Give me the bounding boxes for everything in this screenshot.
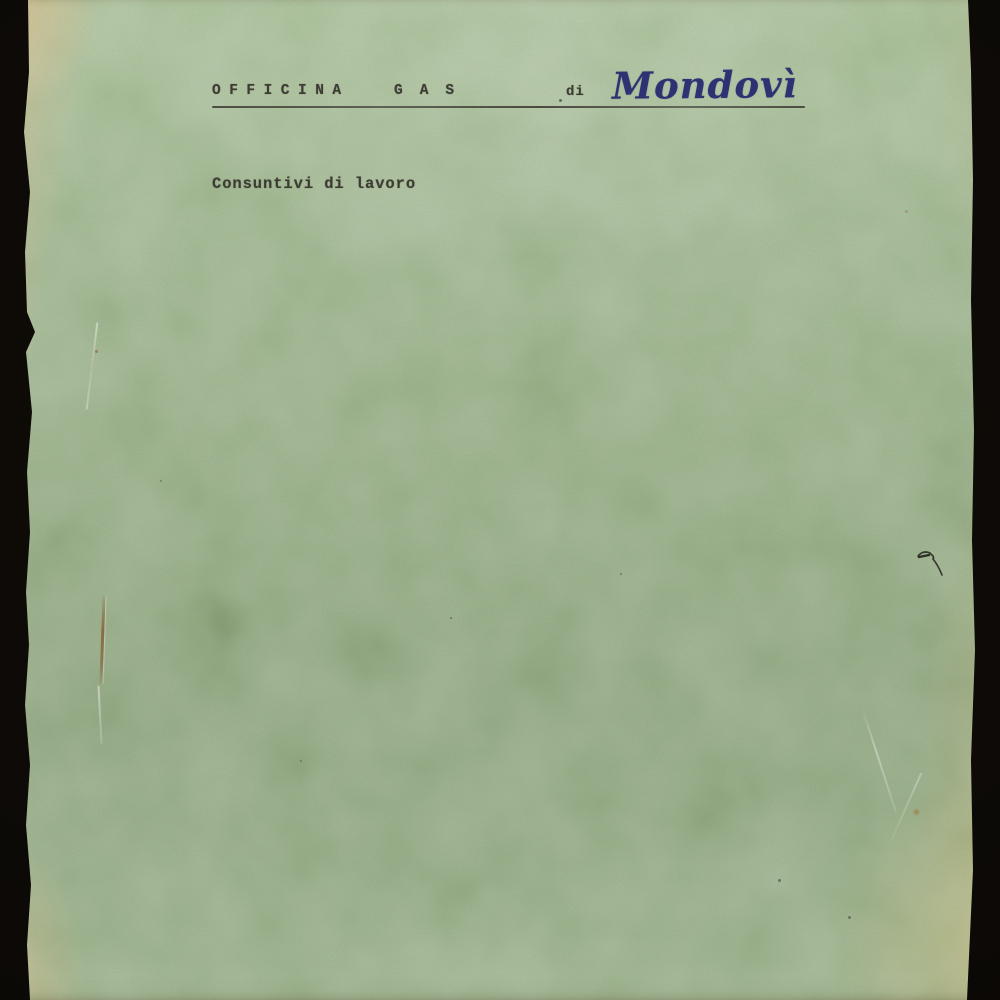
crease-mark-left [86,322,99,410]
paper-speck [450,617,452,619]
paper-speck [620,573,622,575]
typed-word-officina: OFFICINA [212,83,350,99]
crease-mark-bottom-right-1 [861,707,897,812]
crease-mark-bottom-right-2 [890,773,922,842]
paper-speck [95,350,98,353]
ink-fiber-mark [915,548,945,582]
paper-speck [905,210,908,213]
paper-speck [300,760,302,762]
paper-speck [848,916,851,919]
paper-speck [559,99,562,102]
document-cover: OFFICINA GAS di Mondovì Consuntivi di la… [0,0,1000,1000]
typed-word-gas: GAS [394,83,471,99]
paper-speck [160,480,162,482]
city-stamp: Mondovì [612,62,798,108]
photo-background: OFFICINA GAS di Mondovì Consuntivi di la… [0,0,1000,1000]
subtitle-text: Consuntivi di lavoro [212,175,416,193]
stain-spot-brown [912,808,921,816]
paper-grain-texture [0,0,1000,1000]
header-underline [212,106,805,108]
paper-mottle-texture [0,0,1000,1000]
scratch-mark-brown [99,596,105,684]
typed-word-di: di [566,84,585,100]
paper-speck [778,879,781,882]
scratch-mark-tail [97,686,102,744]
